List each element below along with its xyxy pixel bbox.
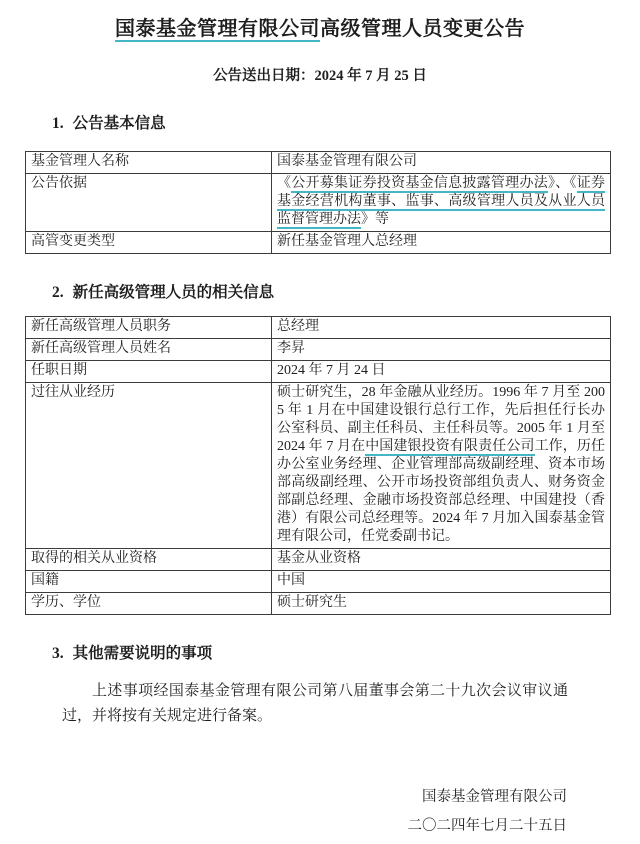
- row-label-career-history: 过往从业经历: [26, 383, 272, 549]
- basis-open-bracket: 《: [277, 176, 291, 191]
- row-value-announcement-basis: 《公开募集证券投资基金信息披露管理办法》、《证券基金经营机构董事、监事、高级管理…: [272, 174, 611, 232]
- section-3-heading: 3.其他需要说明的事项: [52, 643, 640, 664]
- section-2-number: 2.: [52, 282, 64, 303]
- row-value-fund-manager-name: 国泰基金管理有限公司: [272, 152, 611, 174]
- row-label-nationality: 国籍: [26, 571, 272, 593]
- section-1-number: 1.: [52, 113, 64, 134]
- row-label-education: 学历、学位: [26, 593, 272, 615]
- row-value-nationality: 中国: [272, 571, 611, 593]
- title-company-link[interactable]: 国泰基金管理有限公司: [115, 18, 320, 42]
- announcement-date-line: 公告送出日期：2024 年 7 月 25 日: [0, 64, 640, 85]
- row-label-announcement-basis: 公告依据: [26, 174, 272, 232]
- table-row: 过往从业经历 硕士研究生，28 年金融从业经历。1996 年 7 月至 2005…: [26, 383, 611, 549]
- new-executive-info-table: 新任高级管理人员职务 总经理 新任高级管理人员姓名 李昇 任职日期 2024 年…: [25, 316, 611, 615]
- row-value-qualification: 基金从业资格: [272, 549, 611, 571]
- row-label-qualification: 取得的相关从业资格: [26, 549, 272, 571]
- table-row: 学历、学位 硕士研究生: [26, 593, 611, 615]
- signature-company: 国泰基金管理有限公司: [0, 787, 567, 807]
- section-3-number: 3.: [52, 643, 64, 664]
- table-row: 任职日期 2024 年 7 月 24 日: [26, 361, 611, 383]
- announcement-document: 国泰基金管理有限公司高级管理人员变更公告 公告送出日期：2024 年 7 月 2…: [0, 0, 640, 836]
- row-value-education: 硕士研究生: [272, 593, 611, 615]
- row-value-appointment-date: 2024 年 7 月 24 日: [272, 361, 611, 383]
- basis-close-bracket: 》等: [361, 212, 389, 227]
- table-row: 高管变更类型 新任基金管理人总经理: [26, 232, 611, 254]
- row-label-fund-manager-name: 基金管理人名称: [26, 152, 272, 174]
- table-row: 公告依据 《公开募集证券投资基金信息披露管理办法》、《证券基金经营机构董事、监事…: [26, 174, 611, 232]
- row-label-change-type: 高管变更类型: [26, 232, 272, 254]
- career-company-link[interactable]: 中国建银投资有限责任公司: [365, 439, 534, 456]
- section-3-title: 其他需要说明的事项: [73, 645, 213, 662]
- page-title: 国泰基金管理有限公司高级管理人员变更公告: [0, 16, 640, 42]
- row-label-name: 新任高级管理人员姓名: [26, 339, 272, 361]
- row-value-change-type: 新任基金管理人总经理: [272, 232, 611, 254]
- row-label-position: 新任高级管理人员职务: [26, 317, 272, 339]
- table-row: 新任高级管理人员姓名 李昇: [26, 339, 611, 361]
- signature-date: 二〇二四年七月二十五日: [0, 816, 567, 836]
- table-row: 新任高级管理人员职务 总经理: [26, 317, 611, 339]
- table-row: 取得的相关从业资格 基金从业资格: [26, 549, 611, 571]
- table-row: 基金管理人名称 国泰基金管理有限公司: [26, 152, 611, 174]
- basis-regulation-link-1[interactable]: 公开募集证券投资基金信息披露管理办法: [291, 176, 548, 193]
- title-rest: 高级管理人员变更公告: [320, 18, 525, 40]
- signature-block: 国泰基金管理有限公司 二〇二四年七月二十五日: [0, 787, 640, 836]
- table-row: 国籍 中国: [26, 571, 611, 593]
- section-2-title: 新任高级管理人员的相关信息: [73, 284, 275, 301]
- row-value-name: 李昇: [272, 339, 611, 361]
- section-2-heading: 2.新任高级管理人员的相关信息: [52, 282, 640, 303]
- row-label-appointment-date: 任职日期: [26, 361, 272, 383]
- row-value-career-history: 硕士研究生，28 年金融从业经历。1996 年 7 月至 2005 年 1 月在…: [272, 383, 611, 549]
- section-1-heading: 1.公告基本信息: [52, 113, 640, 134]
- basic-info-table: 基金管理人名称 国泰基金管理有限公司 公告依据 《公开募集证券投资基金信息披露管…: [25, 151, 611, 254]
- basis-mid-brackets: 》、《: [548, 176, 577, 191]
- section-1-title: 公告基本信息: [73, 115, 166, 132]
- closing-paragraph: 上述事项经国泰基金管理有限公司第八届董事会第二十九次会议审议通过，并将按有关规定…: [62, 679, 568, 729]
- row-value-position: 总经理: [272, 317, 611, 339]
